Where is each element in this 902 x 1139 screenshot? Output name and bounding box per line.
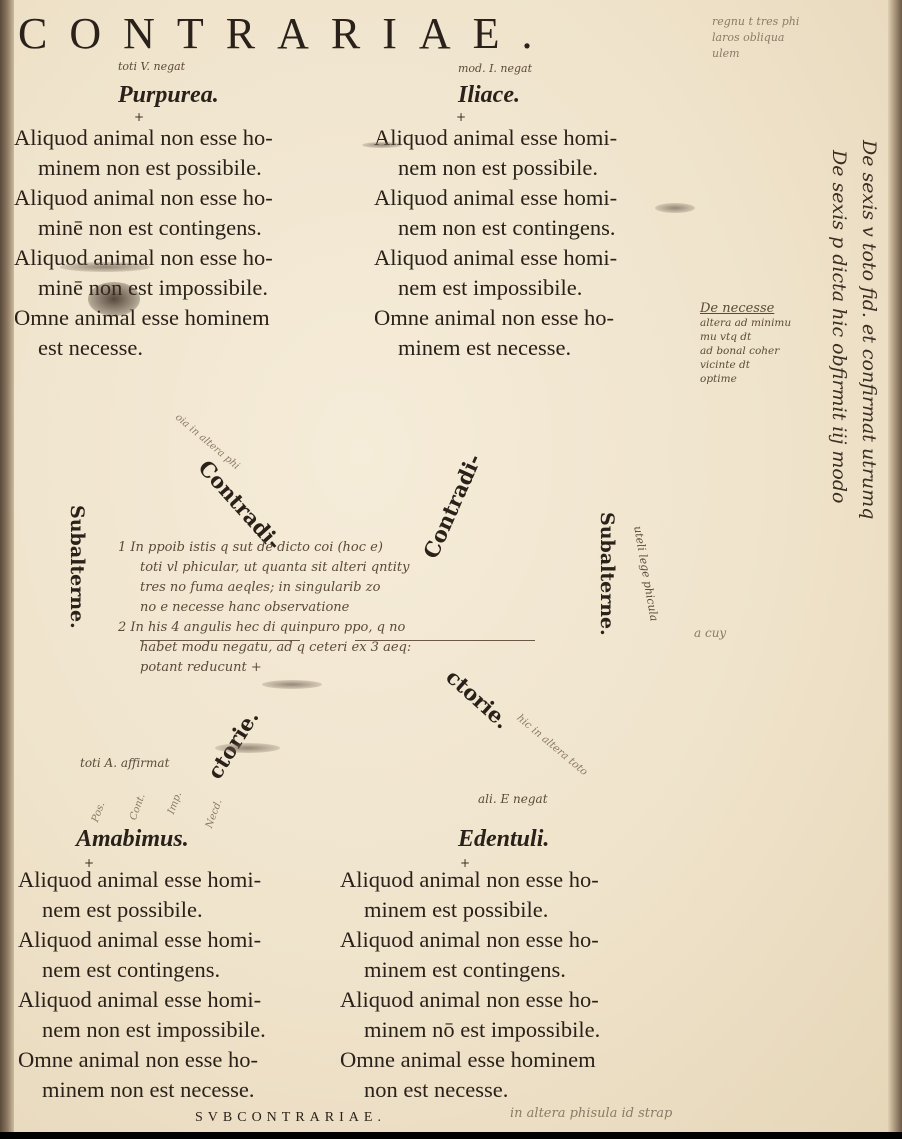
side-scribble: a cuy [694, 626, 726, 640]
proposition-line: Aliquod animal non esse ho- [14, 123, 273, 153]
annotation-top-right: mod. I. negat [458, 62, 532, 75]
page-title-contrariae: CONTRARIAE. [18, 8, 555, 59]
page-gutter-shadow [0, 0, 14, 1132]
proposition-line: nem est impossibile. [374, 273, 617, 303]
proposition-block-bottom-left: Aliquod animal esse homi- nem est possib… [18, 865, 266, 1105]
note-line: habet modu negatu, ad q ceteri ex 3 aeq: [118, 638, 411, 658]
heading-purpurea: Purpurea. [118, 82, 219, 109]
note-line: De necesse [700, 302, 791, 316]
note-line: altera ad minimu [700, 316, 791, 330]
note-line: optime [700, 372, 791, 386]
proposition-line: nem non est contingens. [374, 213, 617, 243]
proposition-line: Omne animal non esse ho- [374, 303, 617, 333]
proposition-line: Aliquod animal esse homi- [374, 123, 617, 153]
note-line: potant reducunt + [118, 658, 411, 678]
footer-margin-note: in altera phisula id strap [510, 1106, 672, 1121]
proposition-line: Aliquod animal non esse ho- [14, 183, 273, 213]
diagonal-hand-note-lower-right: hic in altera toto [514, 712, 590, 778]
note-line: no e necesse hanc observatione [118, 598, 411, 618]
proposition-line: minē non est impossibile. [14, 273, 273, 303]
proposition-line: minem est contingens. [340, 955, 600, 985]
modal-label-cont: Cont. [128, 792, 148, 821]
label-subalternae-right: Subalterne. [596, 512, 618, 636]
header-margin-note: regnu t tres phi laros obliqua ulem [712, 14, 799, 62]
ink-smudge [60, 262, 150, 272]
heading-edentuli: Edentuli. [458, 826, 549, 853]
book-page: CONTRARIAE. regnu t tres phi laros obliq… [0, 0, 902, 1132]
vertical-margin-note-1: De sexis v toto fid. et confirmat utrumq [858, 140, 880, 519]
proposition-line: Aliquod animal non esse ho- [340, 925, 600, 955]
annotation-bottom-left: toti A. affirmat [80, 756, 169, 770]
note-line: vicinte dt [700, 358, 791, 372]
note-line: ulem [712, 46, 799, 62]
proposition-block-bottom-right: Aliquod animal non esse ho- minem est po… [340, 865, 600, 1105]
note-underline [140, 640, 300, 641]
proposition-line: est necesse. [14, 333, 273, 363]
proposition-line: Omne animal esse hominem [340, 1045, 600, 1075]
proposition-block-top-right: Aliquod animal esse homi- nem non est po… [374, 123, 617, 363]
note-line: ad bonal coher [700, 344, 791, 358]
heading-iliace: Iliace. [458, 82, 520, 109]
annotation-top-left: toti V. negat [118, 60, 185, 73]
proposition-line: Aliquod animal esse homi- [18, 985, 266, 1015]
proposition-line: Aliquod animal esse homi- [18, 865, 266, 895]
center-handwritten-note: 1 In ppoib istis q sut de dicto coi (hoc… [118, 538, 411, 678]
modal-label-pos: Pos. [90, 801, 107, 824]
note-line: 1 In ppoib istis q sut de dicto coi (hoc… [118, 538, 411, 558]
modal-label-necd: Necd. [204, 798, 225, 830]
note-line: tres no fuma aeqles; in singularib zo [118, 578, 411, 598]
label-contradictoriae-upper-right: Contradi- [418, 450, 486, 562]
proposition-line: Omne animal esse hominem [14, 303, 273, 333]
proposition-line: Aliquod animal non esse ho- [340, 985, 600, 1015]
proposition-line: Aliquod animal esse homi- [18, 925, 266, 955]
proposition-line: minem nō est impossibile. [340, 1015, 600, 1045]
scan-bottom-border [0, 1132, 902, 1139]
proposition-line: Aliquod animal non esse ho- [340, 865, 600, 895]
vertical-margin-note-2: De sexis p dicta hic obfirmit iij modo [828, 150, 850, 503]
right-margin-note: De necesse altera ad minimu mu vtq dt ad… [700, 302, 791, 386]
ink-smudge [215, 743, 280, 753]
page-edge-shadow [888, 0, 902, 1132]
note-line: mu vtq dt [700, 330, 791, 344]
right-vertical-hand-note: uteli lege phicula [631, 525, 661, 622]
proposition-line: nem non est impossibile. [18, 1015, 266, 1045]
ink-smudge [262, 680, 322, 689]
ink-smudge [362, 142, 402, 148]
heading-amabimus: Amabimus. [76, 826, 189, 853]
note-line: 2 In his 4 angulis hec di quinpuro ppo, … [118, 618, 411, 638]
proposition-line: non est necesse. [340, 1075, 600, 1105]
page-footer-subcontrariae: SVBCONTRARIAE. [195, 1110, 386, 1126]
note-line: laros obliqua [712, 30, 799, 46]
proposition-line: Omne animal non esse ho- [18, 1045, 266, 1075]
ink-smudge [655, 203, 695, 213]
modal-label-imp: Imp. [166, 790, 184, 815]
ink-blot [88, 282, 140, 316]
note-line: regnu t tres phi [712, 14, 799, 30]
label-subalternae-left: Subalterne. [66, 505, 88, 629]
proposition-line: Aliquod animal esse homi- [374, 183, 617, 213]
note-underline [355, 640, 535, 641]
proposition-line: nem est contingens. [18, 955, 266, 985]
label-contradictoriae-lower-right: ctorie. [441, 664, 514, 734]
proposition-line: minē non est contingens. [14, 213, 273, 243]
annotation-bottom-right: ali. E negat [478, 792, 548, 806]
note-line: toti vl phicular, ut quanta sit alteri q… [118, 558, 411, 578]
proposition-line: Aliquod animal esse homi- [374, 243, 617, 273]
cross-mark: + [134, 110, 144, 124]
proposition-line: minem est possibile. [340, 895, 600, 925]
cross-mark: + [456, 110, 466, 124]
proposition-line: nem non est possibile. [374, 153, 617, 183]
proposition-block-top-left: Aliquod animal non esse ho- minem non es… [14, 123, 273, 363]
proposition-line: minem non est necesse. [18, 1075, 266, 1105]
proposition-line: minem est necesse. [374, 333, 617, 363]
proposition-line: nem est possibile. [18, 895, 266, 925]
proposition-line: minem non est possibile. [14, 153, 273, 183]
